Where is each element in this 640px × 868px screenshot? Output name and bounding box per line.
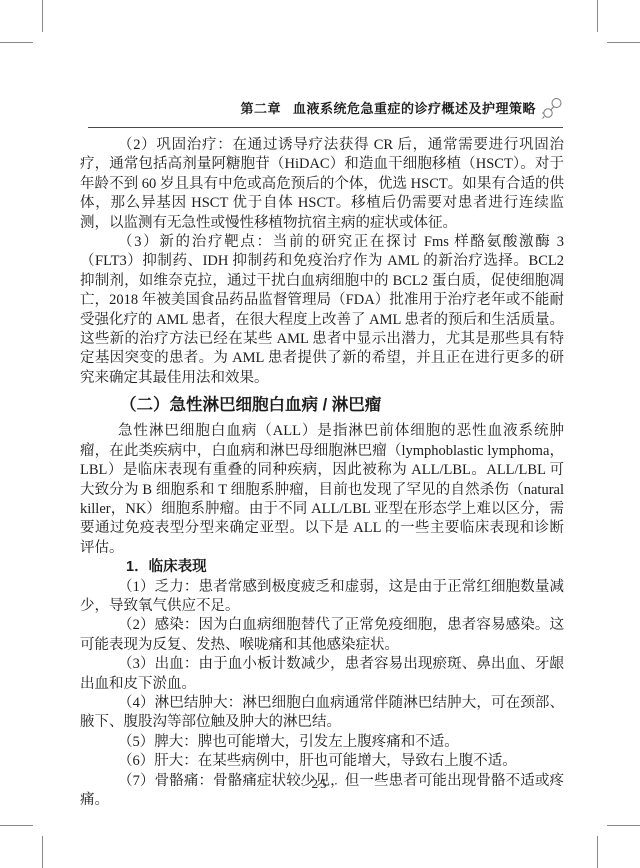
crop-mark-bottom-right-horizontal	[607, 825, 640, 826]
list-item-paragraph: （3）出血：由于血小板计数减少，患者容易出现瘀斑、鼻出血、牙龈出血和皮下淤血。	[80, 655, 564, 694]
body-paragraph: （3）新的治疗靶点：当前的研究正在探讨 Fms 样酪氨酸激酶 3（FLT3）抑制…	[80, 233, 564, 388]
list-item-paragraph: （5）脾大：脾也可能增大，引发左上腹疼痛和不适。	[80, 733, 564, 752]
list-item-paragraph: （2）感染：因为白血病细胞替代了正常免疫细胞，患者容易感染。这可能表现为反复、发…	[80, 616, 564, 655]
crop-mark-top-right-vertical	[597, 0, 598, 32]
chapter-number: 第二章	[240, 101, 281, 116]
scanned-book-page: { "header": { "chapter": "第二章", "title":…	[0, 0, 640, 868]
crop-mark-top-left-horizontal	[0, 42, 33, 43]
crop-mark-top-left-vertical	[42, 0, 43, 32]
section-heading: （二）急性淋巴细胞白血病 / 淋巴瘤	[80, 393, 564, 417]
page-number: · 25 ·	[0, 776, 640, 792]
stethoscope-doodle-icon	[541, 96, 563, 123]
subsection-heading: 1．临床表现	[80, 558, 564, 577]
crop-mark-top-right-horizontal	[607, 42, 640, 43]
list-item-paragraph: （4）淋巴结肿大：淋巴细胞白血病通常伴随淋巴结肿大，可在颈部、腋下、腹股沟等部位…	[80, 694, 564, 733]
running-header: 第二章血液系统危急重症的诊疗概述及护理策略	[88, 96, 563, 128]
body-paragraph: 急性淋巴细胞白血病（ALL）是指淋巴前体细胞的恶性血液系统肿瘤，在此类疾病中，白…	[80, 422, 564, 558]
list-item-paragraph: （6）肝大：在某些病例中，肝也可能增大，导致右上腹不适。	[80, 752, 564, 771]
body-paragraph: （2）巩固治疗：在通过诱导疗法获得 CR 后，通常需要进行巩固治疗，通常包括高剂…	[80, 136, 564, 233]
page-body: （2）巩固治疗：在通过诱导疗法获得 CR 后，通常需要进行巩固治疗，通常包括高剂…	[80, 136, 564, 810]
crop-mark-bottom-left-vertical	[42, 836, 43, 868]
crop-mark-bottom-right-vertical	[597, 836, 598, 868]
crop-mark-bottom-left-horizontal	[0, 825, 33, 826]
list-item-paragraph: （1）乏力：患者常感到极度疲乏和虚弱，这是由于正常红细胞数量减少，导致氧气供应不…	[80, 578, 564, 617]
chapter-title: 血液系统危急重症的诊疗概述及护理策略	[293, 101, 536, 116]
